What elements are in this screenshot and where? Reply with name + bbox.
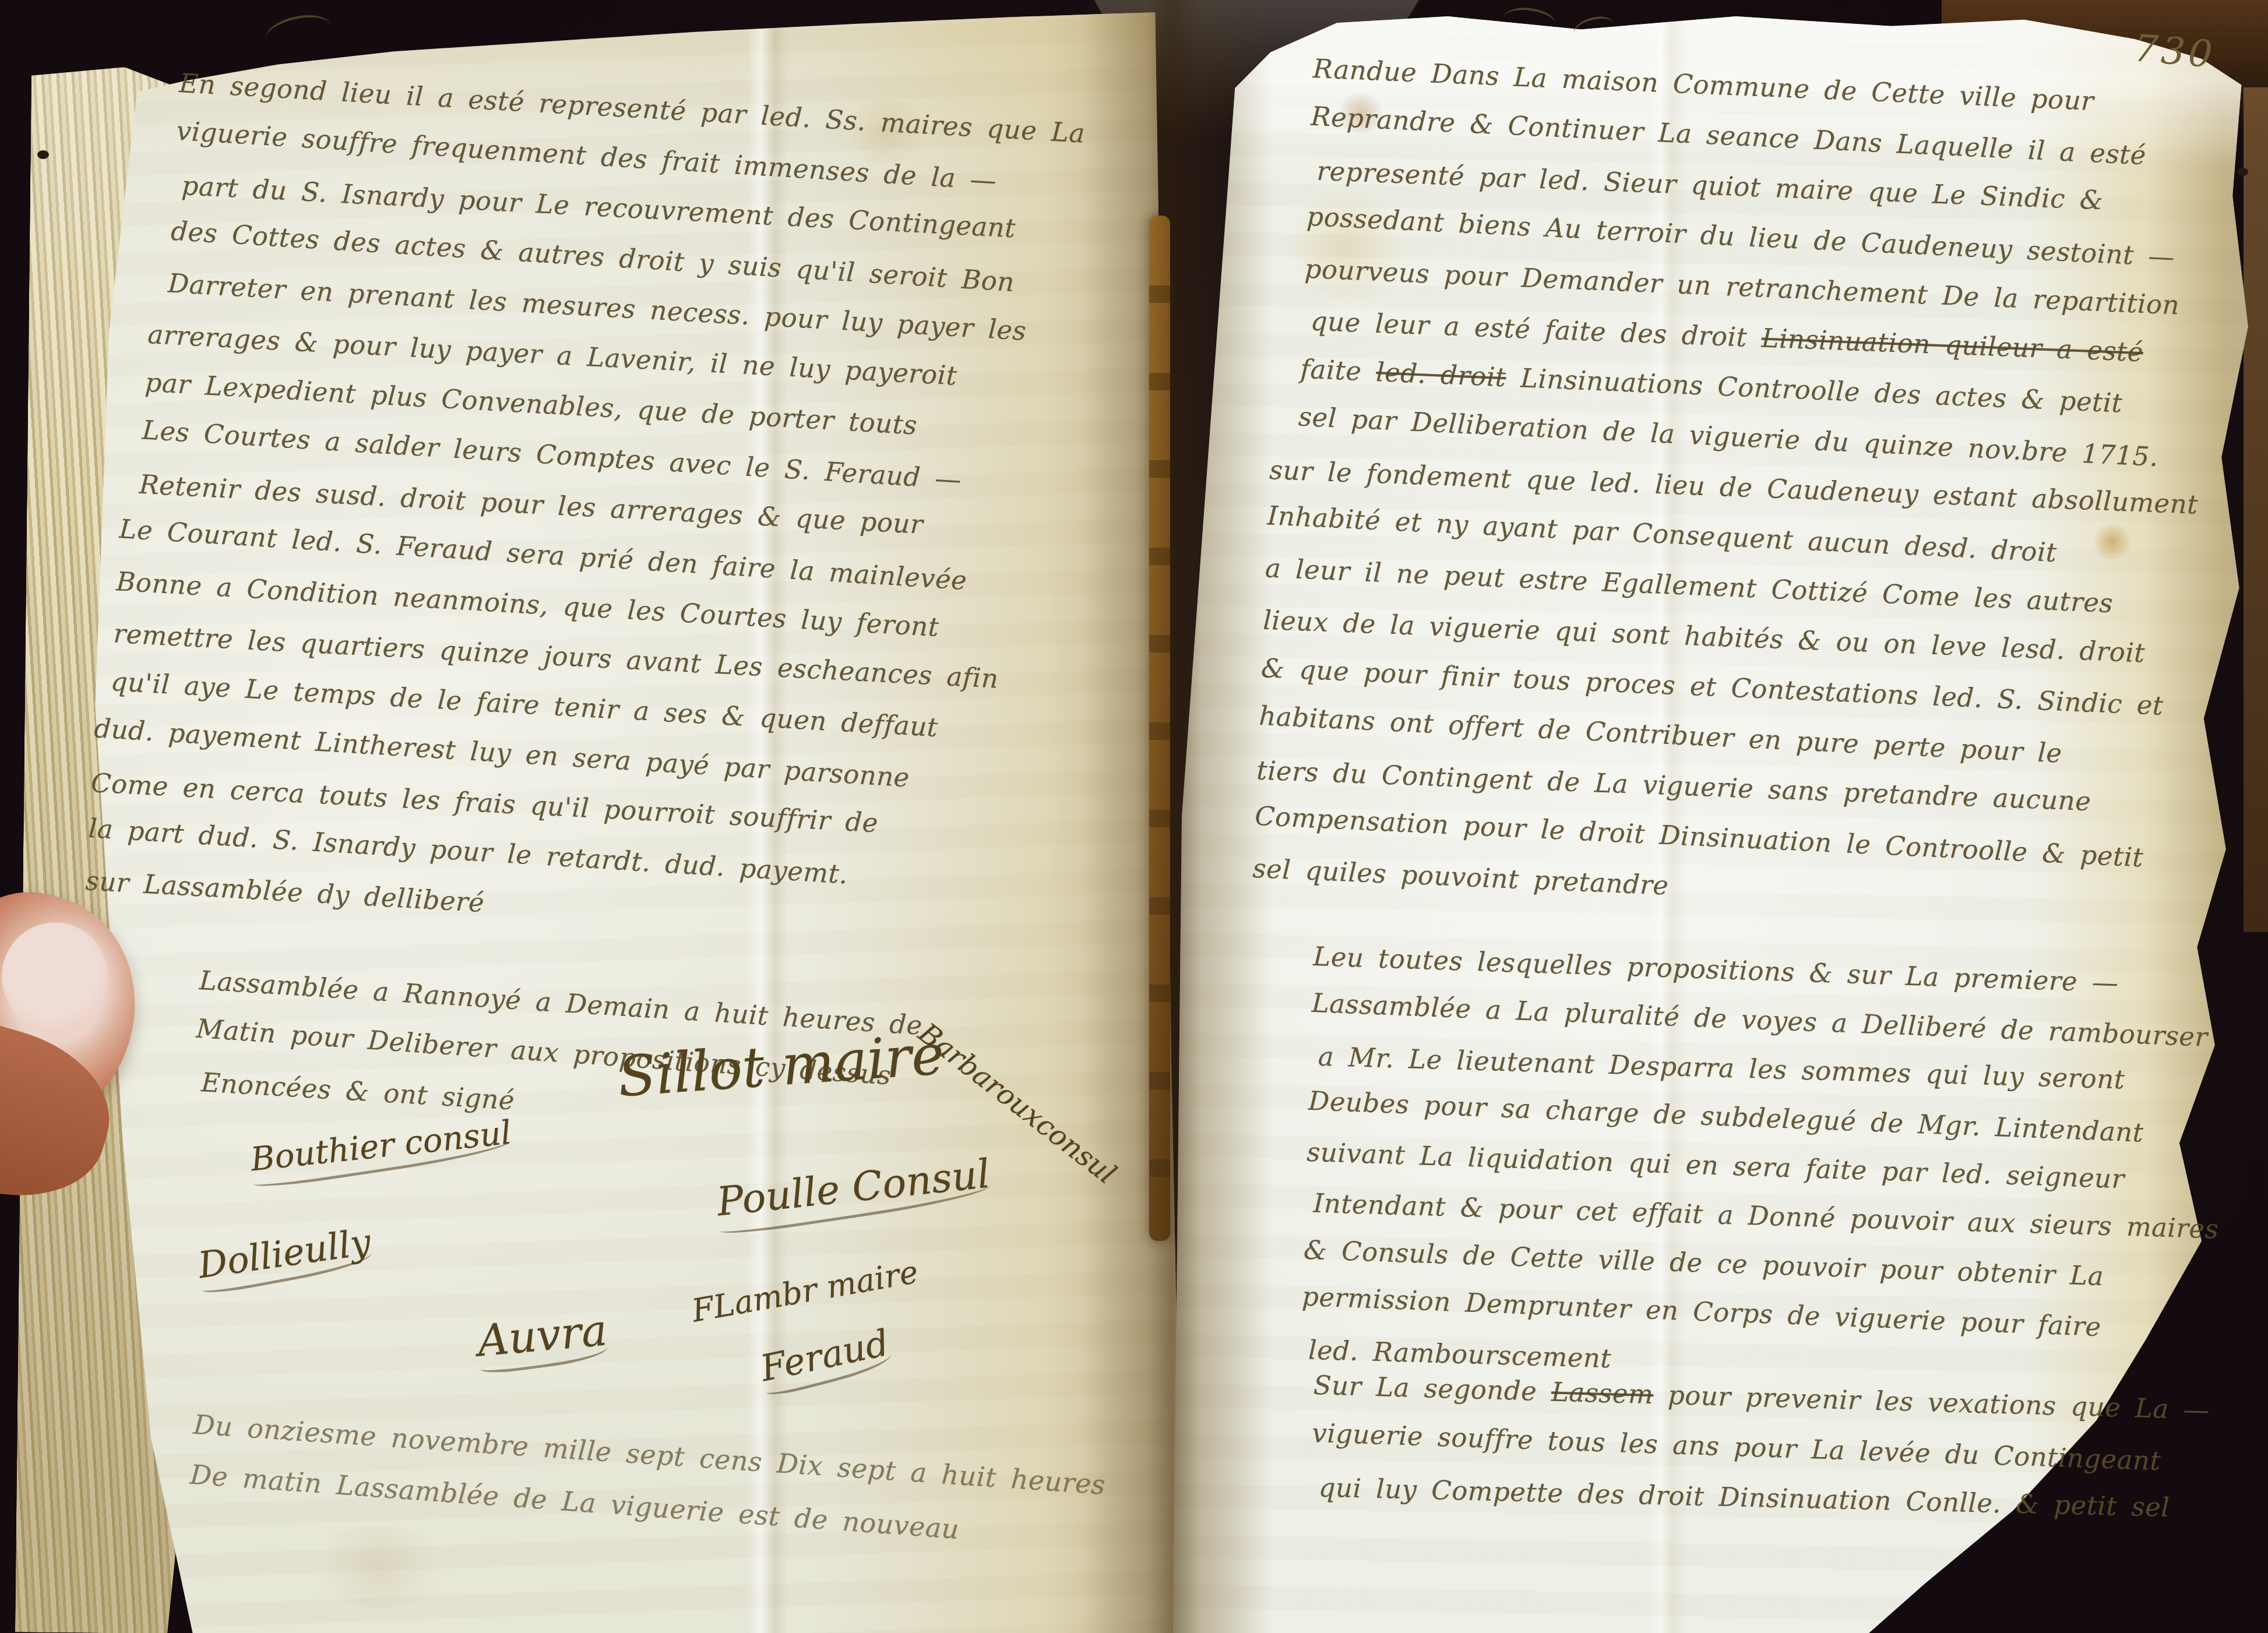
right-page-paragraph-2: Leu toutes lesquelles propositions & sur… — [1299, 932, 2227, 1403]
worm-hole — [2238, 168, 2248, 176]
worm-hole — [37, 150, 49, 159]
signature-auvra: Auvra — [476, 1305, 610, 1373]
photo-of-open-manuscript-book: 730 En segond lieu il a esté representé … — [0, 0, 2268, 1633]
ink-flourish-mark — [262, 10, 334, 56]
binding-stitch — [1149, 216, 1170, 1241]
left-page-body-text: En segond lieu il a esté representé par … — [133, 58, 1086, 960]
right-page-paragraph-1: Randue Dans La maison Commune de Cette v… — [1279, 44, 2216, 933]
book-board-edge — [2244, 87, 2268, 932]
right-page-paragraph-3: Sur La segonde Lassem pour prevenir les … — [1310, 1360, 2210, 1536]
page-number: 730 — [2132, 27, 2217, 77]
